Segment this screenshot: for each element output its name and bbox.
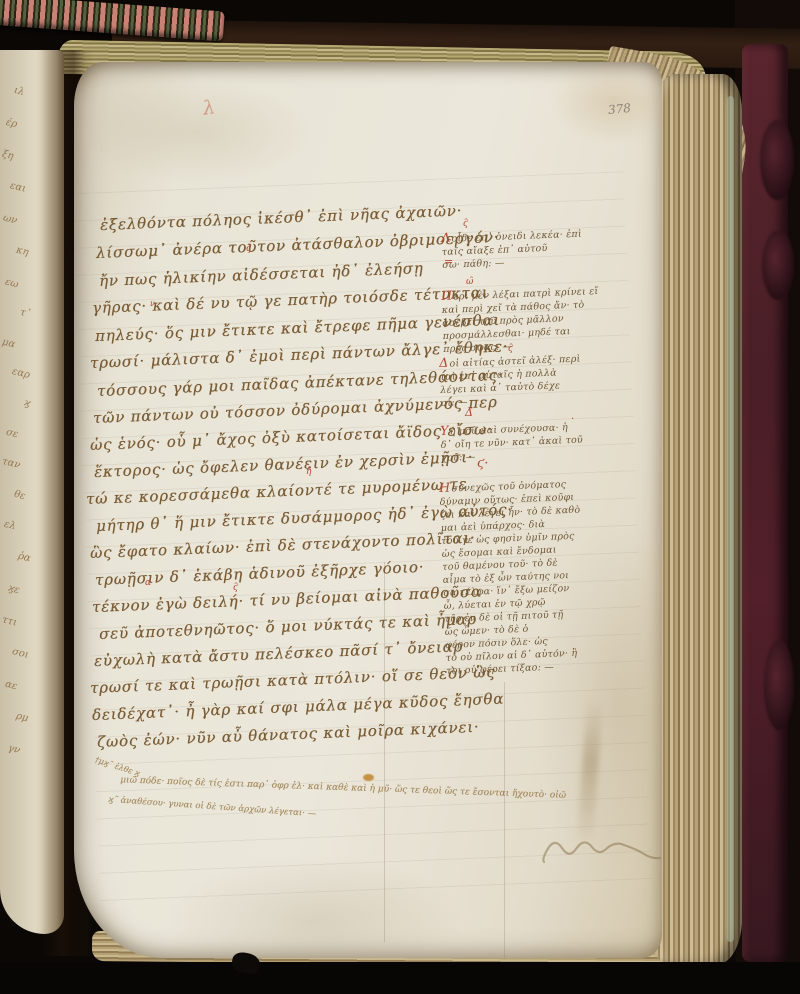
red-siglum: ν <box>150 299 155 308</box>
red-siglum: ἠ̑ <box>306 467 311 477</box>
red-siglum: ϛ̑ <box>233 583 238 593</box>
red-siglum: α <box>145 578 151 588</box>
red-siglum: ω̑ <box>466 277 473 287</box>
red-siglum: ϛ̑ <box>463 219 468 229</box>
red-siglum: Δ̑ <box>465 406 473 419</box>
red-siglum: = <box>444 255 453 268</box>
red-siglum: ϛ̑ <box>508 344 513 354</box>
red-siglum: · <box>571 414 574 425</box>
rubric-sigla: ϛ̑ν=ϛ̑ω̑ϛ̑Δ̑ϛ·ἠ̑αϛ̑· <box>0 0 800 994</box>
manuscript-photo: ιλέρξηεαιωνκηεωτ᾽μαεαρϗσετανθεελῥαϗεττισ… <box>0 0 800 994</box>
red-siglum: ϛ̑ <box>246 244 251 254</box>
red-siglum: ϛ· <box>477 456 488 471</box>
table-shadow <box>0 962 800 994</box>
